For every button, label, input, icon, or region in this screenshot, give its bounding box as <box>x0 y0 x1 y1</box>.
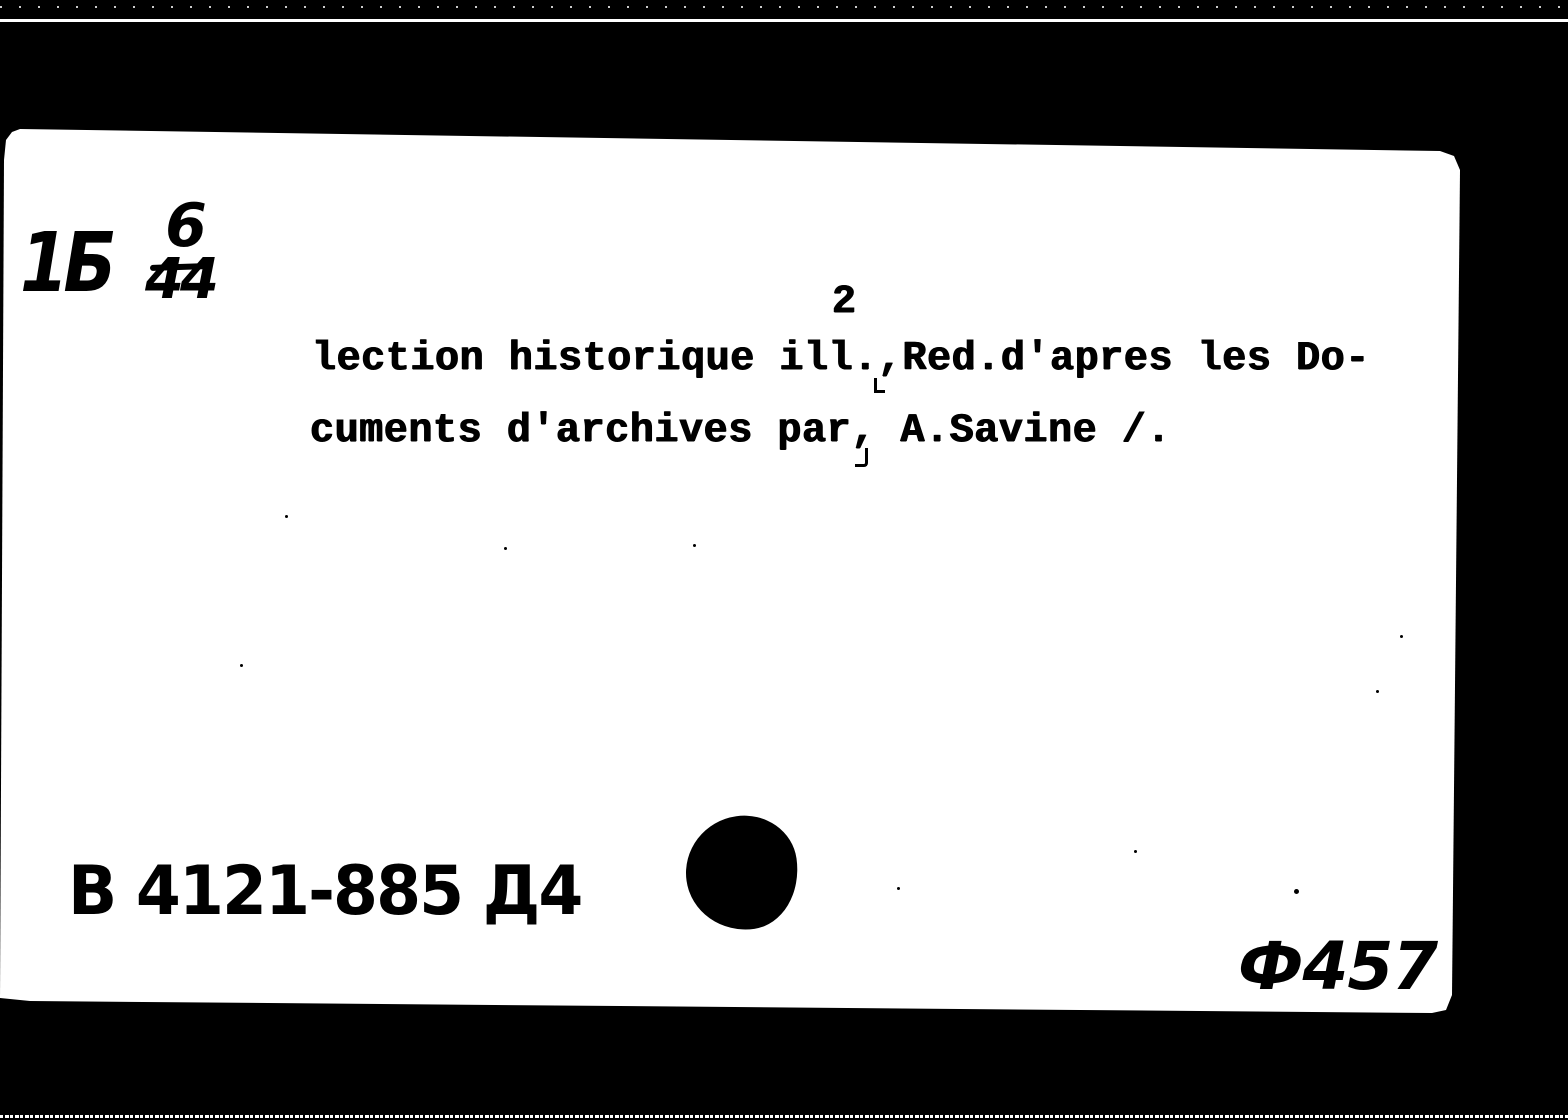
shelf-mark-fraction: 6 44 <box>145 196 215 308</box>
dust-speck <box>504 547 507 550</box>
typed-text-line-1: lection historique ill.,Red.d'apres les … <box>312 336 1370 382</box>
shelf-mark-denominator: 44 <box>145 252 215 308</box>
handwritten-insert-mark-open <box>874 378 885 393</box>
dust-speck <box>1400 635 1403 638</box>
card-sequence-number: 2 <box>832 280 857 325</box>
handwritten-insert-mark-close <box>855 448 868 467</box>
dust-speck <box>693 544 696 547</box>
scan-border-artifact-top <box>0 6 1568 8</box>
scan-border-line-top <box>0 19 1568 22</box>
dust-speck <box>1376 690 1379 693</box>
shelf-mark-main: 1Б <box>20 216 111 311</box>
scan-border-line-bottom <box>0 1115 1568 1118</box>
catalog-card: 1Б 6 44 2 lection historique ill.,Red.d'… <box>0 0 1568 1120</box>
fond-number: Ф457 <box>1238 928 1437 1005</box>
dust-speck <box>897 887 900 890</box>
typed-text-line-2: cuments d'archives par, A.Savine /. <box>310 408 1171 454</box>
dust-speck <box>1294 889 1299 894</box>
inventory-number: B 4121-885 Д4 <box>68 852 581 931</box>
dust-speck <box>240 664 243 667</box>
dust-speck <box>285 515 288 518</box>
dust-speck <box>1134 850 1137 853</box>
card-punch-hole <box>679 809 806 937</box>
